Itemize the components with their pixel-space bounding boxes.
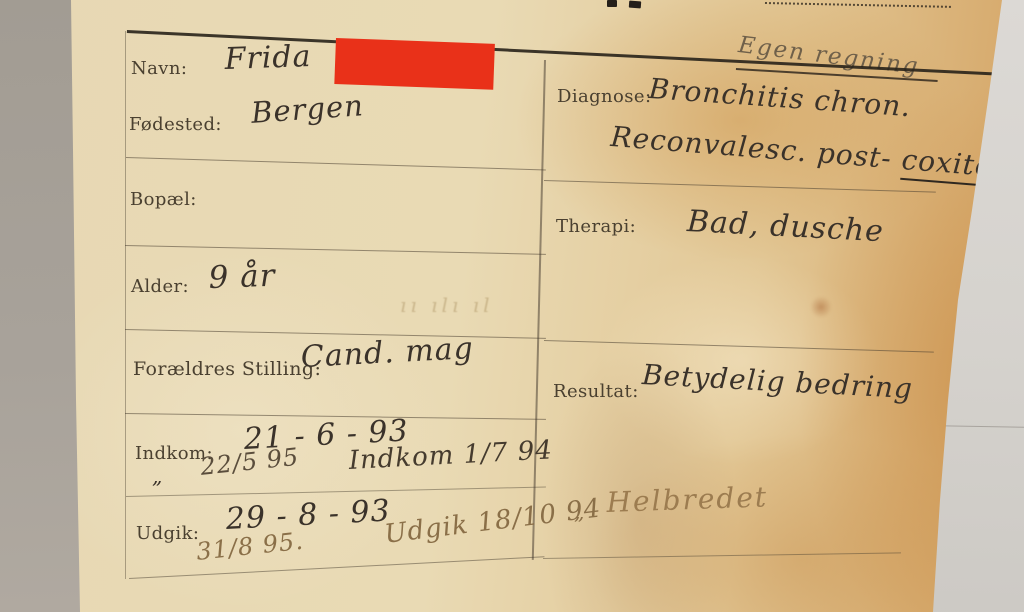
diagnose-line2-text: Reconvalesc. post- [609, 120, 903, 176]
resultat-label: Resultat: [553, 381, 639, 402]
resultat-value: Betydelig bedring [641, 358, 914, 405]
therapi-value: Bad, dusche [686, 204, 885, 249]
table-bottom-border-left [129, 556, 544, 579]
fodested-value: Bergen [250, 88, 365, 130]
navn-label: Navn: [131, 58, 187, 79]
row-divider [126, 157, 546, 170]
record-card-paper: Egen regning Navn: Fødested: Bopæl: Alde… [0, 0, 1024, 612]
row-divider-right [544, 340, 934, 353]
diagnose-value-line1: Bronchitis chron. [648, 72, 913, 123]
cropped-print-glyph [629, 1, 641, 9]
photo-of-record-card: Egen regning Navn: Fødested: Bopæl: Alde… [0, 0, 1024, 612]
indkom-ditto-mark: „ [152, 464, 163, 488]
indkom-addendum-date: 22/5 95 [199, 443, 300, 481]
udgik-addendum-date: 31/8 95. [195, 527, 305, 566]
background-seam-line [938, 425, 1024, 428]
diagnose-value-line2: Reconvalesc. post- coxiten [609, 120, 1012, 184]
resultat-addendum: Helbredet [606, 480, 769, 519]
udgik-label: Udgik: [136, 523, 199, 544]
therapi-label: Therapi: [556, 216, 636, 237]
row-divider [125, 245, 546, 255]
udgik-addendum-note: Udgik 18/10 94 [383, 493, 603, 549]
navn-value: Frida [224, 39, 312, 77]
diagnose-label: Diagnose: [557, 86, 651, 107]
foraeldres-stilling-value: Cand. mag [300, 331, 475, 375]
alder-label: Alder: [131, 276, 189, 297]
column-divider [532, 60, 546, 560]
redaction-box [334, 38, 495, 90]
resultat-ditto-mark: „ [574, 500, 585, 524]
ink-bleedthrough-marks: ıı ılı ıl [400, 293, 494, 317]
cropped-print-glyph [607, 0, 617, 7]
table-bottom-border-right [543, 552, 901, 559]
udgik-date-value: 29 - 8 - 93 [225, 493, 391, 537]
row-divider-right [544, 180, 936, 193]
fodested-label: Fødested: [129, 114, 222, 135]
foraeldres-stilling-label: Forældres Stilling: [133, 358, 321, 380]
dotted-rule-fragment [765, 2, 951, 8]
alder-value: 9 år [208, 258, 276, 296]
ink-stain [810, 296, 832, 318]
bopael-label: Bopæl: [130, 189, 197, 210]
